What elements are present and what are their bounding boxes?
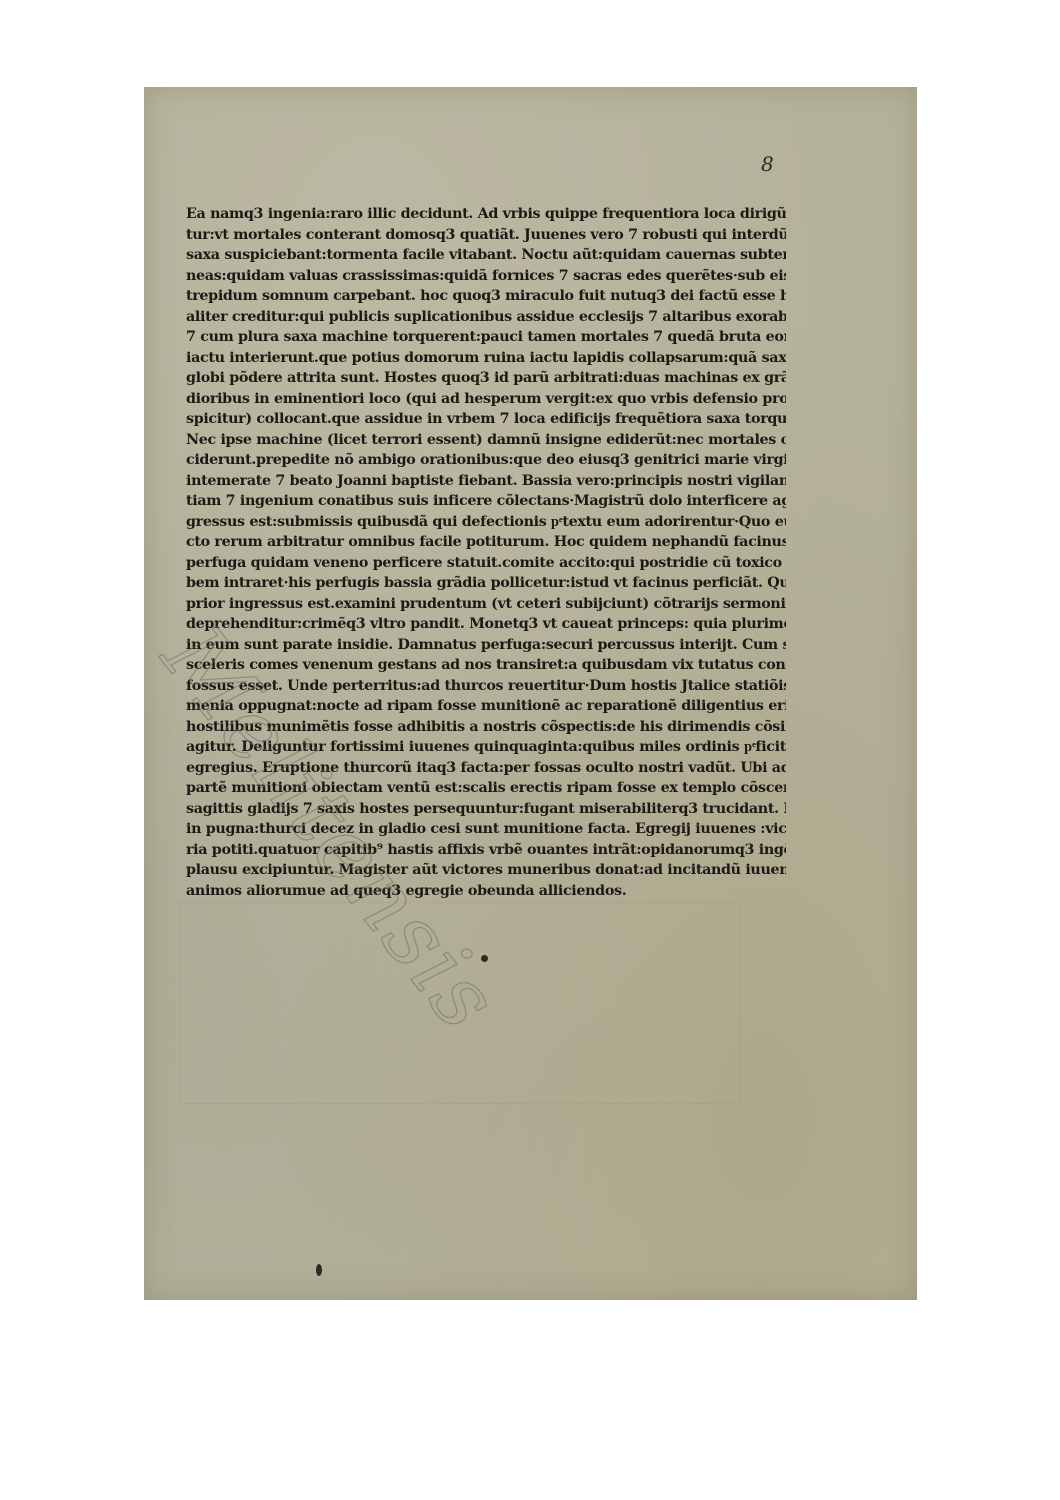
text-line: prior ingressus est.examini prudentum (v… <box>186 594 786 615</box>
text-line: deprehenditur:crimẽq3 vltro pandit. Mone… <box>186 614 786 635</box>
text-line: dioribus in eminentiori loco (qui ad hes… <box>186 389 786 410</box>
text-line: hostilibus munimẽtis fosse adhibitis a n… <box>186 717 786 738</box>
text-line: in eum sunt parate insidie. Damnatus per… <box>186 635 786 656</box>
text-line: globi põdere attrita sunt. Hostes quoq3 … <box>186 368 786 389</box>
text-line: in pugna:thurci decez in gladio cesi sun… <box>186 819 786 840</box>
text-line: partẽ munitioni obiectam ventũ est:scali… <box>186 778 786 799</box>
text-line: menia oppugnat:nocte ad ripam fosse muni… <box>186 696 786 717</box>
text-line: ria potiti.quatuor capitib⁹ hastis affix… <box>186 840 786 861</box>
incunable-text-block: Ea namq3 ingenia:raro illic decidunt. Ad… <box>186 204 786 901</box>
text-line: intemerate 7 beato Joanni baptiste fieba… <box>186 471 786 492</box>
text-line: Ea namq3 ingenia:raro illic decidunt. Ad… <box>186 204 786 225</box>
text-line: spicitur) collocant.que assidue in vrbem… <box>186 409 786 430</box>
text-line: ciderunt.prepedite nõ ambigo orationibus… <box>186 450 786 471</box>
text-line: sceleris comes venenum gestans ad nos tr… <box>186 655 786 676</box>
text-line: iactu interierunt.que potius domorum rui… <box>186 348 786 369</box>
text-line: trepidum somnum carpebant. hoc quoq3 mir… <box>186 286 786 307</box>
text-line: perfuga quidam veneno perficere statuit.… <box>186 553 786 574</box>
text-line: fossus esset. Unde perterritus:ad thurco… <box>186 676 786 697</box>
text-line: neas:quidam valuas crassissimas:quidã fo… <box>186 266 786 287</box>
text-line: bem intraret·his perfugis bassia grãdia … <box>186 573 786 594</box>
text-line: egregius. Eruptione thurcorũ itaq3 facta… <box>186 758 786 779</box>
folio-number: 8 <box>761 152 774 176</box>
text-line: gressus est:submissis quibusdã qui defec… <box>186 512 786 533</box>
ink-spot <box>481 955 488 962</box>
text-line: 7 cum plura saxa machine torquerent:pauc… <box>186 327 786 348</box>
text-line: aliter creditur:qui publicis suplication… <box>186 307 786 328</box>
text-line: cto rerum arbitratur omnibus facile poti… <box>186 532 786 553</box>
text-line: tur:vt mortales conterant domosq3 quatiã… <box>186 225 786 246</box>
text-line: plausu excipiuntur. Magister aũt victore… <box>186 860 786 881</box>
text-line-last: animos aliorumue ad queq3 egregie obeund… <box>186 881 786 902</box>
text-line: Nec ipse machine (licet terrori essent) … <box>186 430 786 451</box>
text-line: saxa suspiciebant:tormenta facile vitaba… <box>186 245 786 266</box>
ink-spot <box>316 1264 322 1276</box>
text-line: tiam 7 ingenium conatibus suis inficere … <box>186 491 786 512</box>
text-line: sagittis gladijs 7 saxis hostes persequu… <box>186 799 786 820</box>
book-page-scan: 8 Ea namq3 ingenia:raro illic decidunt. … <box>144 87 917 1300</box>
text-line: agitur. Deliguntur fortissimi iuuenes qu… <box>186 737 786 758</box>
show-through-woodcut-outline <box>179 902 741 1104</box>
